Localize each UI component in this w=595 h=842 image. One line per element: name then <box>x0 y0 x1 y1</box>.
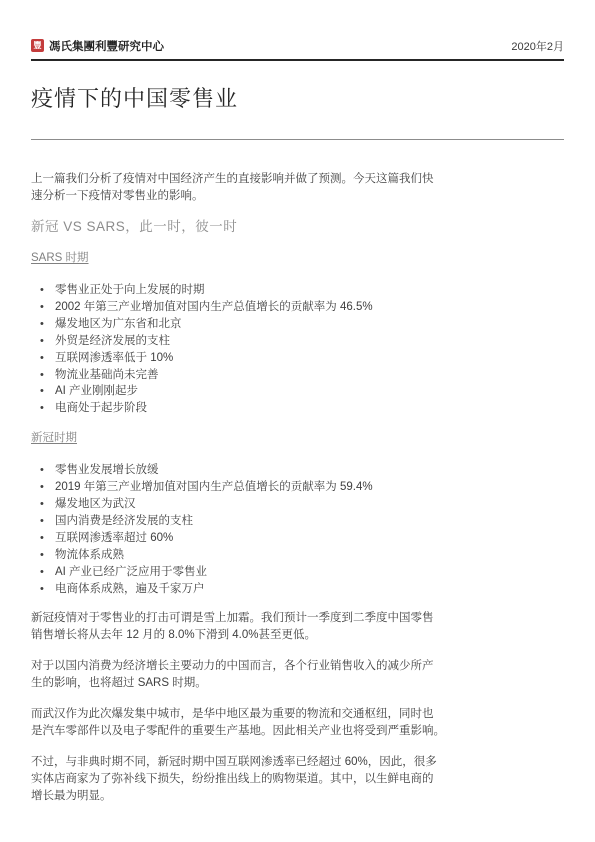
bullet-item: AI 产业刚刚起步 <box>31 383 564 400</box>
bullet-item: 电商体系成熟，遍及千家万户 <box>31 581 564 598</box>
bullet-item: 爆发地区为武汉 <box>31 496 564 513</box>
page-header: 豐 馮氏集團利豐研究中心 2020年2月 <box>31 38 564 53</box>
bullet-item: 2019 年第三产业增加值对国内生产总值增长的贡献率为 59.4% <box>31 479 564 496</box>
bullet-item: 零售业正处于向上发展的时期 <box>31 282 564 299</box>
report-page: 豐 馮氏集團利豐研究中心 2020年2月 疫情下的中国零售业 上一篇我们分析了疫… <box>0 0 595 842</box>
body-paragraph: 对于以国内消费为经济增长主要动力的中国而言，各个行业销售收入的减少所产 生的影响… <box>31 658 564 692</box>
bullet-item: 2002 年第三产业增加值对国内生产总值增长的贡献率为 46.5% <box>31 299 564 316</box>
bullet-item: AI 产业已经广泛应用于零售业 <box>31 564 564 581</box>
fung-group-seal-icon: 豐 <box>31 39 44 52</box>
body-paragraphs: 新冠疫情对于零售业的打击可谓是雪上加霜。我们预计一季度到二季度中国零售 销售增长… <box>31 610 564 805</box>
section-subtitle: 新冠 VS SARS，此一时，彼一时 <box>31 217 564 237</box>
bullet-item: 物流业基础尚未完善 <box>31 367 564 384</box>
bullet-item: 外贸是经济发展的支柱 <box>31 333 564 350</box>
bullet-item: 电商处于起步阶段 <box>31 400 564 417</box>
sars-period-bullet-list: 零售业正处于向上发展的时期2002 年第三产业增加值对国内生产总值增长的贡献率为… <box>31 282 564 417</box>
sars-period-heading: SARS 时期 <box>31 250 564 266</box>
covid-period-heading: 新冠时期 <box>31 430 564 446</box>
bullet-item: 互联网渗透率低于 10% <box>31 350 564 367</box>
bullet-item: 爆发地区为广东省和北京 <box>31 316 564 333</box>
covid-period-heading-label: 新冠时期 <box>31 432 77 444</box>
brand-name: 馮氏集團利豐研究中心 <box>49 38 164 54</box>
sars-period-heading-label: SARS 时期 <box>31 252 89 264</box>
issue-date: 2020年2月 <box>511 38 564 54</box>
body-paragraph: 新冠疫情对于零售业的打击可谓是雪上加霜。我们预计一季度到二季度中国零售 销售增长… <box>31 610 564 644</box>
bullet-item: 物流体系成熟 <box>31 547 564 564</box>
body-paragraph: 不过，与非典时期不同，新冠时期中国互联网渗透率已经超过 60%，因此，很多 实体… <box>31 754 564 805</box>
bullet-item: 零售业发展增长放缓 <box>31 462 564 479</box>
bullet-item: 国内消费是经济发展的支柱 <box>31 513 564 530</box>
bullet-item: 互联网渗透率超过 60% <box>31 530 564 547</box>
body-paragraph: 而武汉作为此次爆发集中城市，是华中地区最为重要的物流和交通枢纽，同时也 是汽车零… <box>31 706 564 740</box>
header-divider <box>31 59 564 61</box>
page-title: 疫情下的中国零售业 <box>31 85 564 113</box>
covid-period-bullet-list: 零售业发展增长放缓2019 年第三产业增加值对国内生产总值增长的贡献率为 59.… <box>31 462 564 597</box>
intro-paragraph: 上一篇我们分析了疫情对中国经济产生的直接影响并做了预测。今天这篇我们快 速分析一… <box>31 171 564 205</box>
brand: 豐 馮氏集團利豐研究中心 <box>31 38 164 54</box>
title-divider <box>31 139 564 140</box>
